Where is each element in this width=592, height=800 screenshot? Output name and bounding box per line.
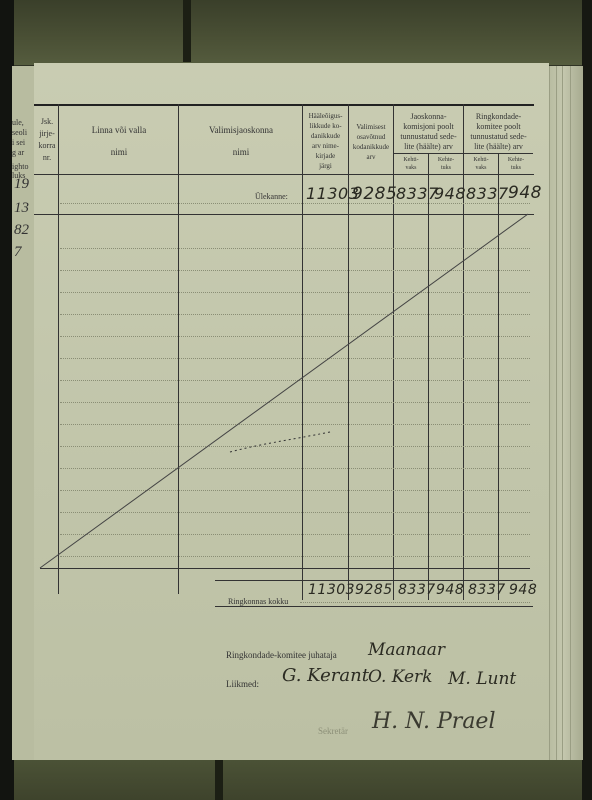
header-district: Valimisjaoskonna nimi	[180, 123, 302, 159]
carry-valid-2: 8337	[466, 184, 509, 203]
header-voted: Valimisest osavõtnud kodanikkude arv	[349, 122, 393, 162]
secretary-signature: H. N. Prael	[372, 709, 496, 734]
header-circuit-committee: Ringkondade- komitee poolt tunnustatud s…	[464, 112, 533, 152]
members-label: Liikmed:	[226, 679, 259, 689]
member-signature-1: G. Kerant	[282, 665, 369, 686]
member-signature-3: M. Lunt	[448, 669, 516, 689]
chair-label: Ringkondade-komitee juhataja	[226, 650, 337, 660]
header-valid-2: Kehti- vaks	[464, 156, 498, 172]
header-valid-1: Kehti- vaks	[394, 156, 428, 172]
total-valid-2: 8337	[468, 582, 506, 598]
carry-invalid-2: 948	[508, 183, 542, 203]
secretary-label: Sekretär	[318, 726, 348, 736]
carry-valid-1: 8337	[396, 184, 439, 203]
chair-signature: Maanaar	[368, 640, 445, 660]
total-invalid-2: 948	[509, 582, 537, 598]
carry-over-label: Ülekanne:	[255, 192, 288, 201]
header-invalid-2: Kehte- tuks	[499, 156, 533, 172]
member-signature-2: O. Kerk	[368, 667, 432, 687]
header-eligible-voters: Hääleõigus- likkude ko- danikkude arv ni…	[303, 111, 348, 171]
header-invalid-1: Kehte- tuks	[429, 156, 463, 172]
total-label: Ringkonnas kokku	[228, 597, 288, 606]
header-row-number: Jsk. jirje- korra nr.	[36, 116, 58, 164]
header-town: Linna või valla nimi	[60, 123, 178, 159]
total-invalid-1: 948	[436, 582, 464, 598]
total-voted: 9285	[355, 582, 393, 598]
total-eligible: 11303	[308, 582, 355, 598]
carry-voted: 9285	[352, 184, 397, 204]
header-district-committee: Jaoskonna- komisjoni poolt tunnustatud s…	[394, 112, 463, 152]
total-valid-1: 8337	[398, 582, 436, 598]
carry-invalid-1: 948	[434, 184, 466, 203]
